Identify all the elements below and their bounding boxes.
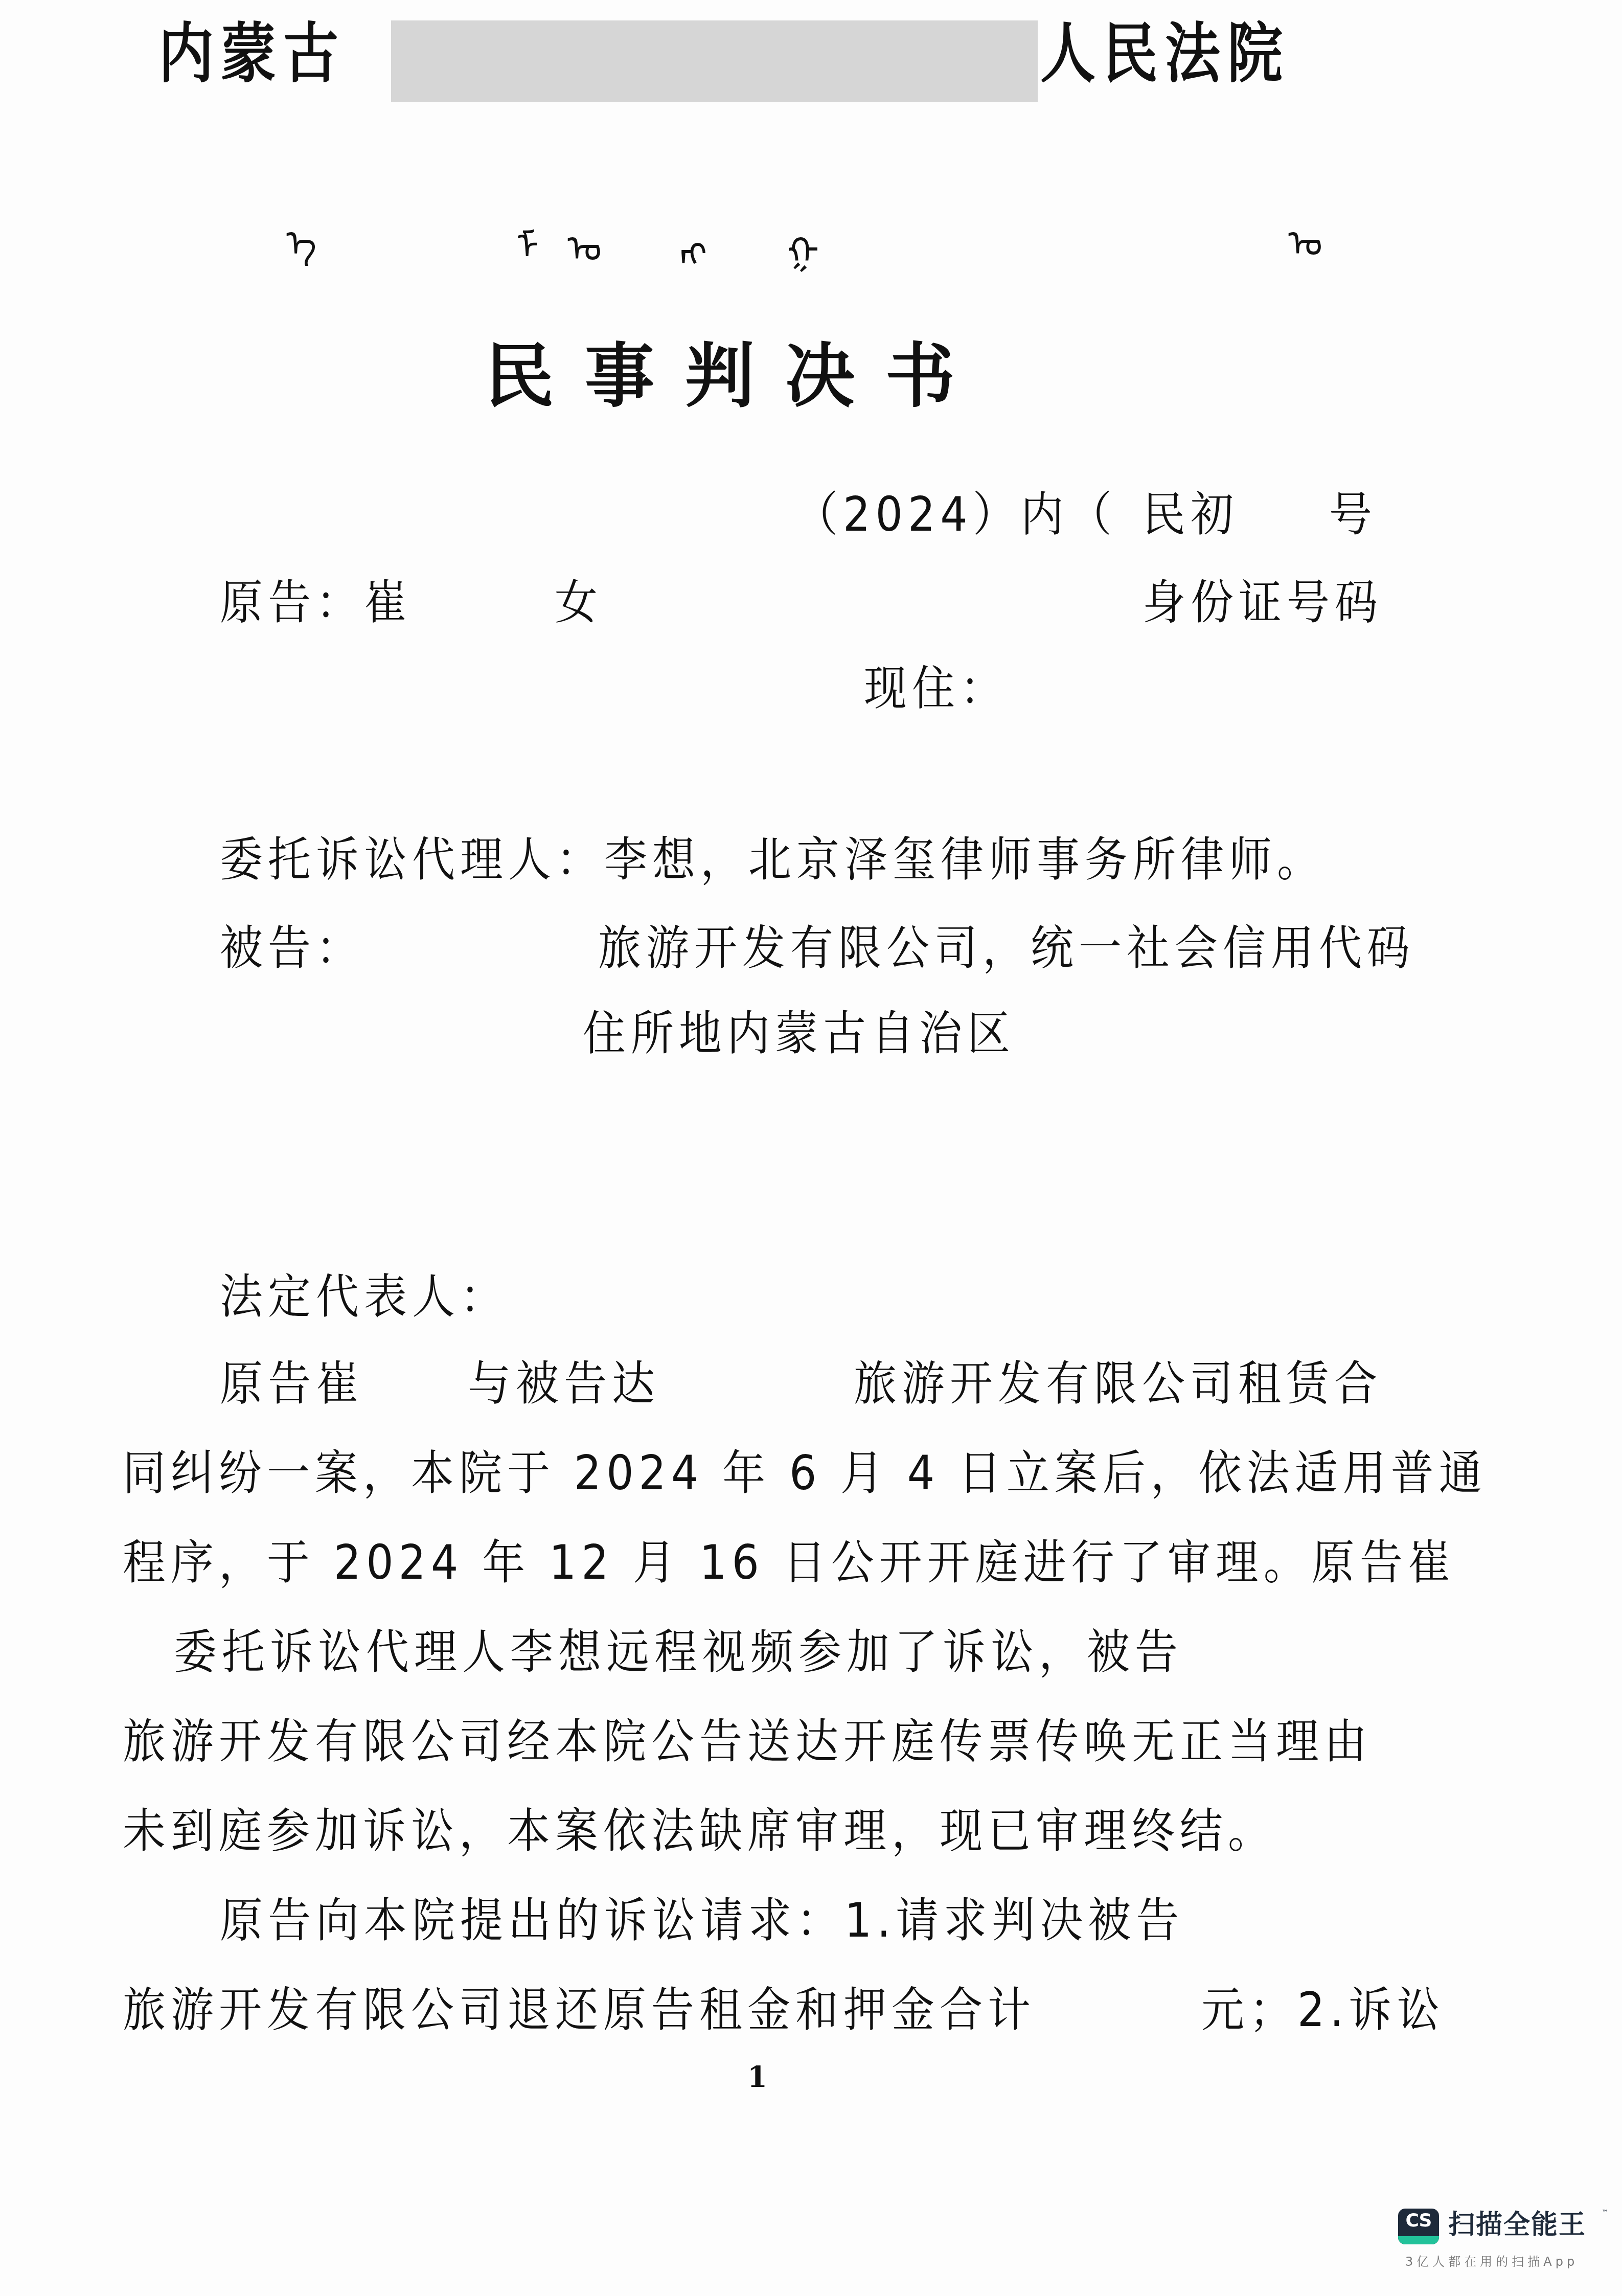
paragraph-line: 与被告达 xyxy=(468,1360,660,1407)
mongolian-glyph: ᠣ xyxy=(1288,225,1322,262)
defendant-name: 旅游开发有限公司，统一社会信用代码 xyxy=(598,924,1415,971)
plaintiff-id-label: 身份证号码 xyxy=(1143,579,1383,626)
paragraph-line: 原告崔 xyxy=(220,1360,364,1407)
logo-accent-stripe xyxy=(1398,2236,1439,2244)
watermark-tagline: 3亿人都在用的扫描App xyxy=(1405,2256,1578,2268)
paragraph-line: 原告向本院提出的诉讼请求：1.请求判决被告 xyxy=(220,1897,1184,1944)
paragraph-line: 同纠纷一案，本院于 2024 年 6 月 4 日立案后，依法适用普通 xyxy=(123,1449,1487,1496)
document-title: 民事判决书 xyxy=(485,342,986,411)
paragraph-line: 程序，于 2024 年 12 月 16 日公开开庭进行了审理。原告崔 xyxy=(123,1539,1456,1586)
scanner-watermark: CS 扫描全能王 ™ 3亿人都在用的扫描App xyxy=(1398,2209,1613,2285)
defendant-address: 住所地内蒙古自治区 xyxy=(583,1010,1015,1057)
watermark-app-name: 扫描全能王 xyxy=(1448,2212,1586,2238)
mongolian-glyph: ᠮ xyxy=(516,228,538,264)
case-number-prefix: （2024）内（ xyxy=(795,491,1117,538)
paragraph-line: 旅游开发有限公司经本院公告送达开庭传票传唤无正当理由 xyxy=(123,1718,1372,1765)
title-char: 书 xyxy=(885,342,955,411)
mongolian-glyph: ᠡ xyxy=(286,225,316,262)
title-char: 决 xyxy=(785,342,855,411)
title-char: 事 xyxy=(585,342,654,411)
paragraph-line: 委托诉讼代理人李想远程视频参加了诉讼，被告 xyxy=(174,1628,1183,1675)
paragraph-line: 旅游开发有限公司租赁合 xyxy=(854,1360,1382,1407)
logo-text: CS xyxy=(1398,2212,1439,2230)
title-char: 判 xyxy=(685,342,755,411)
title-char: 民 xyxy=(485,342,554,411)
plaintiff-gender: 女 xyxy=(555,579,603,626)
legal-rep-label: 法定代表人： xyxy=(220,1273,508,1320)
plaintiff-label: 原告：崔 xyxy=(220,579,412,626)
defendant-label: 被告： xyxy=(220,924,364,971)
mongolian-glyph: ᠣ xyxy=(567,230,602,267)
paragraph-line: 未到庭参加诉讼，本案依法缺席审理，现已审理终结。 xyxy=(123,1807,1276,1854)
trademark-symbol: ™ xyxy=(1602,2209,1608,2216)
camscanner-logo-icon: CS xyxy=(1398,2209,1439,2244)
case-number-suffix: 号 xyxy=(1329,491,1377,538)
page-number: 1 xyxy=(747,2063,767,2092)
court-name-prefix: 内蒙古 xyxy=(158,21,346,86)
case-number-middle: 民初 xyxy=(1143,491,1239,538)
court-name-suffix: 人民法院 xyxy=(1040,21,1290,86)
mongolian-glyph: ᠭ xyxy=(787,233,819,269)
document-page: 内蒙古 人民法院 ᠡ ᠮ ᠣ ᠩ ᠭ ᠣ 民事判决书 （2024）内（ 民初 号… xyxy=(0,0,1622,2296)
agent-line: 委托诉讼代理人：李想，北京泽玺律师事务所律师。 xyxy=(220,836,1325,883)
plaintiff-address-label: 现住： xyxy=(864,665,1008,712)
paragraph-line: 旅游开发有限公司退还原告租金和押金合计 xyxy=(123,1986,1036,2033)
redaction-block xyxy=(391,20,1038,102)
paragraph-line: 元；2.诉讼 xyxy=(1201,1986,1445,2033)
mongolian-glyph: ᠩ xyxy=(680,235,707,272)
